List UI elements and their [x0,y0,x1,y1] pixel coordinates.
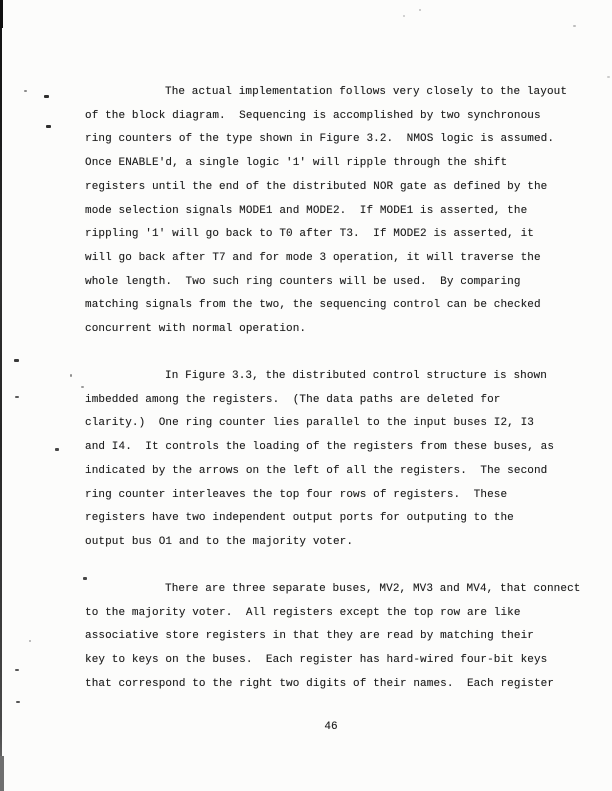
scan-speck [70,374,72,377]
scan-speck [403,15,405,17]
scan-speck [81,386,84,388]
scan-speck [15,396,19,398]
scan-speck [44,95,49,98]
paragraph-majority-voter-buses: There are three separate buses, MV2, MV3… [85,578,577,697]
scan-speck [607,76,610,78]
paragraph-figure-3-3-structure: In Figure 3.3, the distributed control s… [85,365,577,555]
paragraph-implementation-overview: The actual implementation follows very c… [85,81,577,342]
scan-speck [24,90,27,92]
scan-speck [15,669,19,671]
scan-edge-artifact [0,0,2,791]
scan-speck [14,359,19,362]
scan-edge-artifact-top [0,0,3,28]
scan-speck [419,9,421,11]
scan-edge-artifact-bottom [0,756,4,791]
scan-speck [55,448,59,451]
document-page: The actual implementation follows very c… [0,0,612,791]
scan-speck [573,25,576,27]
page-number: 46 [85,720,577,734]
scan-speck [16,701,20,703]
scan-speck [46,125,51,128]
scan-speck [29,640,31,642]
